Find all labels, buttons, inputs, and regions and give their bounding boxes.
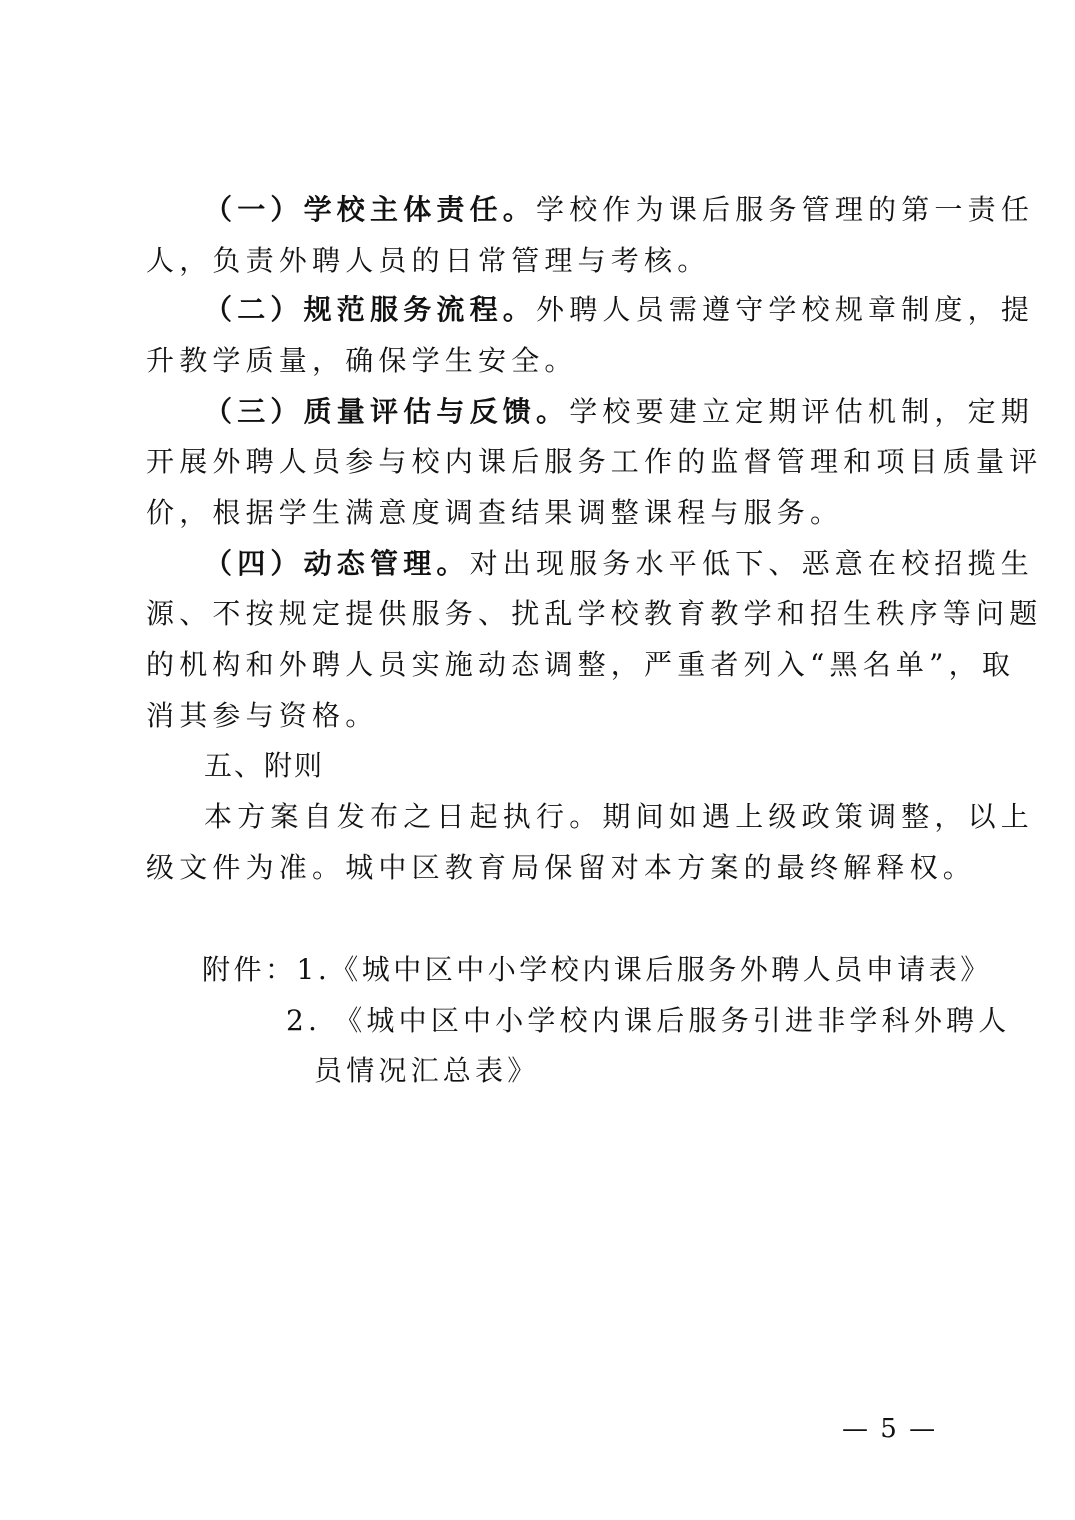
item-1-text: 学校作为课后服务管理的第一责任 bbox=[536, 193, 1034, 226]
attachment-2-number: 2. bbox=[286, 1004, 321, 1037]
item-4-line-4: 消其参与资格。 bbox=[146, 698, 378, 734]
item-3-first-line: （三）质量评估与反馈。学校要建立定期评估机制，定期 bbox=[204, 394, 1034, 430]
item-2-label: （二）规范服务流程。 bbox=[204, 293, 536, 326]
item-4-line-2: 源、不按规定提供服务、扰乱学校教育教学和招生秩序等问题 bbox=[146, 596, 1042, 632]
item-4-line-3: 的机构和外聘人员实施动态调整，严重者列入“黑名单”，取 bbox=[146, 647, 1015, 683]
item-1-first-line: （一）学校主体责任。学校作为课后服务管理的第一责任 bbox=[204, 192, 1034, 228]
item-2-line-2: 升教学质量，确保学生安全。 bbox=[146, 343, 578, 379]
attachment-1-title: 《城中区中小学校内课后服务外聘人员申请表》 bbox=[330, 953, 992, 986]
item-3-line-2: 开展外聘人员参与校内课后服务工作的监督管理和项目质量评 bbox=[146, 444, 1042, 480]
closing-line-2: 级文件为准。城中区教育局保留对本方案的最终解释权。 bbox=[146, 850, 976, 886]
item-1-line-2: 人，负责外聘人员的日常管理与考核。 bbox=[146, 243, 710, 279]
item-4-first-line: （四）动态管理。对出现服务水平低下、恶意在校招揽生 bbox=[204, 546, 1034, 582]
attachment-1-line: 附件：1.《城中区中小学校内课后服务外聘人员申请表》 bbox=[202, 952, 992, 988]
attachment-2-line: 2. 《城中区中小学校内课后服务引进非学科外聘人 bbox=[286, 1003, 1010, 1039]
item-3-label: （三）质量评估与反馈。 bbox=[204, 395, 569, 428]
item-4-label: （四）动态管理。 bbox=[204, 547, 470, 580]
page-number: — 5 — bbox=[842, 1414, 937, 1444]
item-2-first-line: （二）规范服务流程。外聘人员需遵守学校规章制度，提 bbox=[204, 292, 1034, 328]
attachment-2-title-line1: 《城中区中小学校内课后服务引进非学科外聘人 bbox=[334, 1004, 1010, 1037]
item-1-label: （一）学校主体责任。 bbox=[204, 193, 536, 226]
item-3-text: 学校要建立定期评估机制，定期 bbox=[569, 395, 1034, 428]
closing-line-1: 本方案自发布之日起执行。期间如遇上级政策调整，以上 bbox=[204, 799, 1034, 835]
attachments-label: 附件： bbox=[202, 953, 297, 986]
document-page: （一）学校主体责任。学校作为课后服务管理的第一责任 人，负责外聘人员的日常管理与… bbox=[0, 0, 1075, 1520]
item-4-text: 对出现服务水平低下、恶意在校招揽生 bbox=[470, 547, 1034, 580]
attachment-2-title-line2: 员情况汇总表》 bbox=[314, 1053, 539, 1089]
attachment-1-number: 1. bbox=[297, 953, 331, 986]
section-5-heading: 五、附则 bbox=[204, 748, 324, 784]
item-3-line-3: 价，根据学生满意度调查结果调整课程与服务。 bbox=[146, 495, 843, 531]
item-2-text: 外聘人员需遵守学校规章制度，提 bbox=[536, 293, 1034, 326]
